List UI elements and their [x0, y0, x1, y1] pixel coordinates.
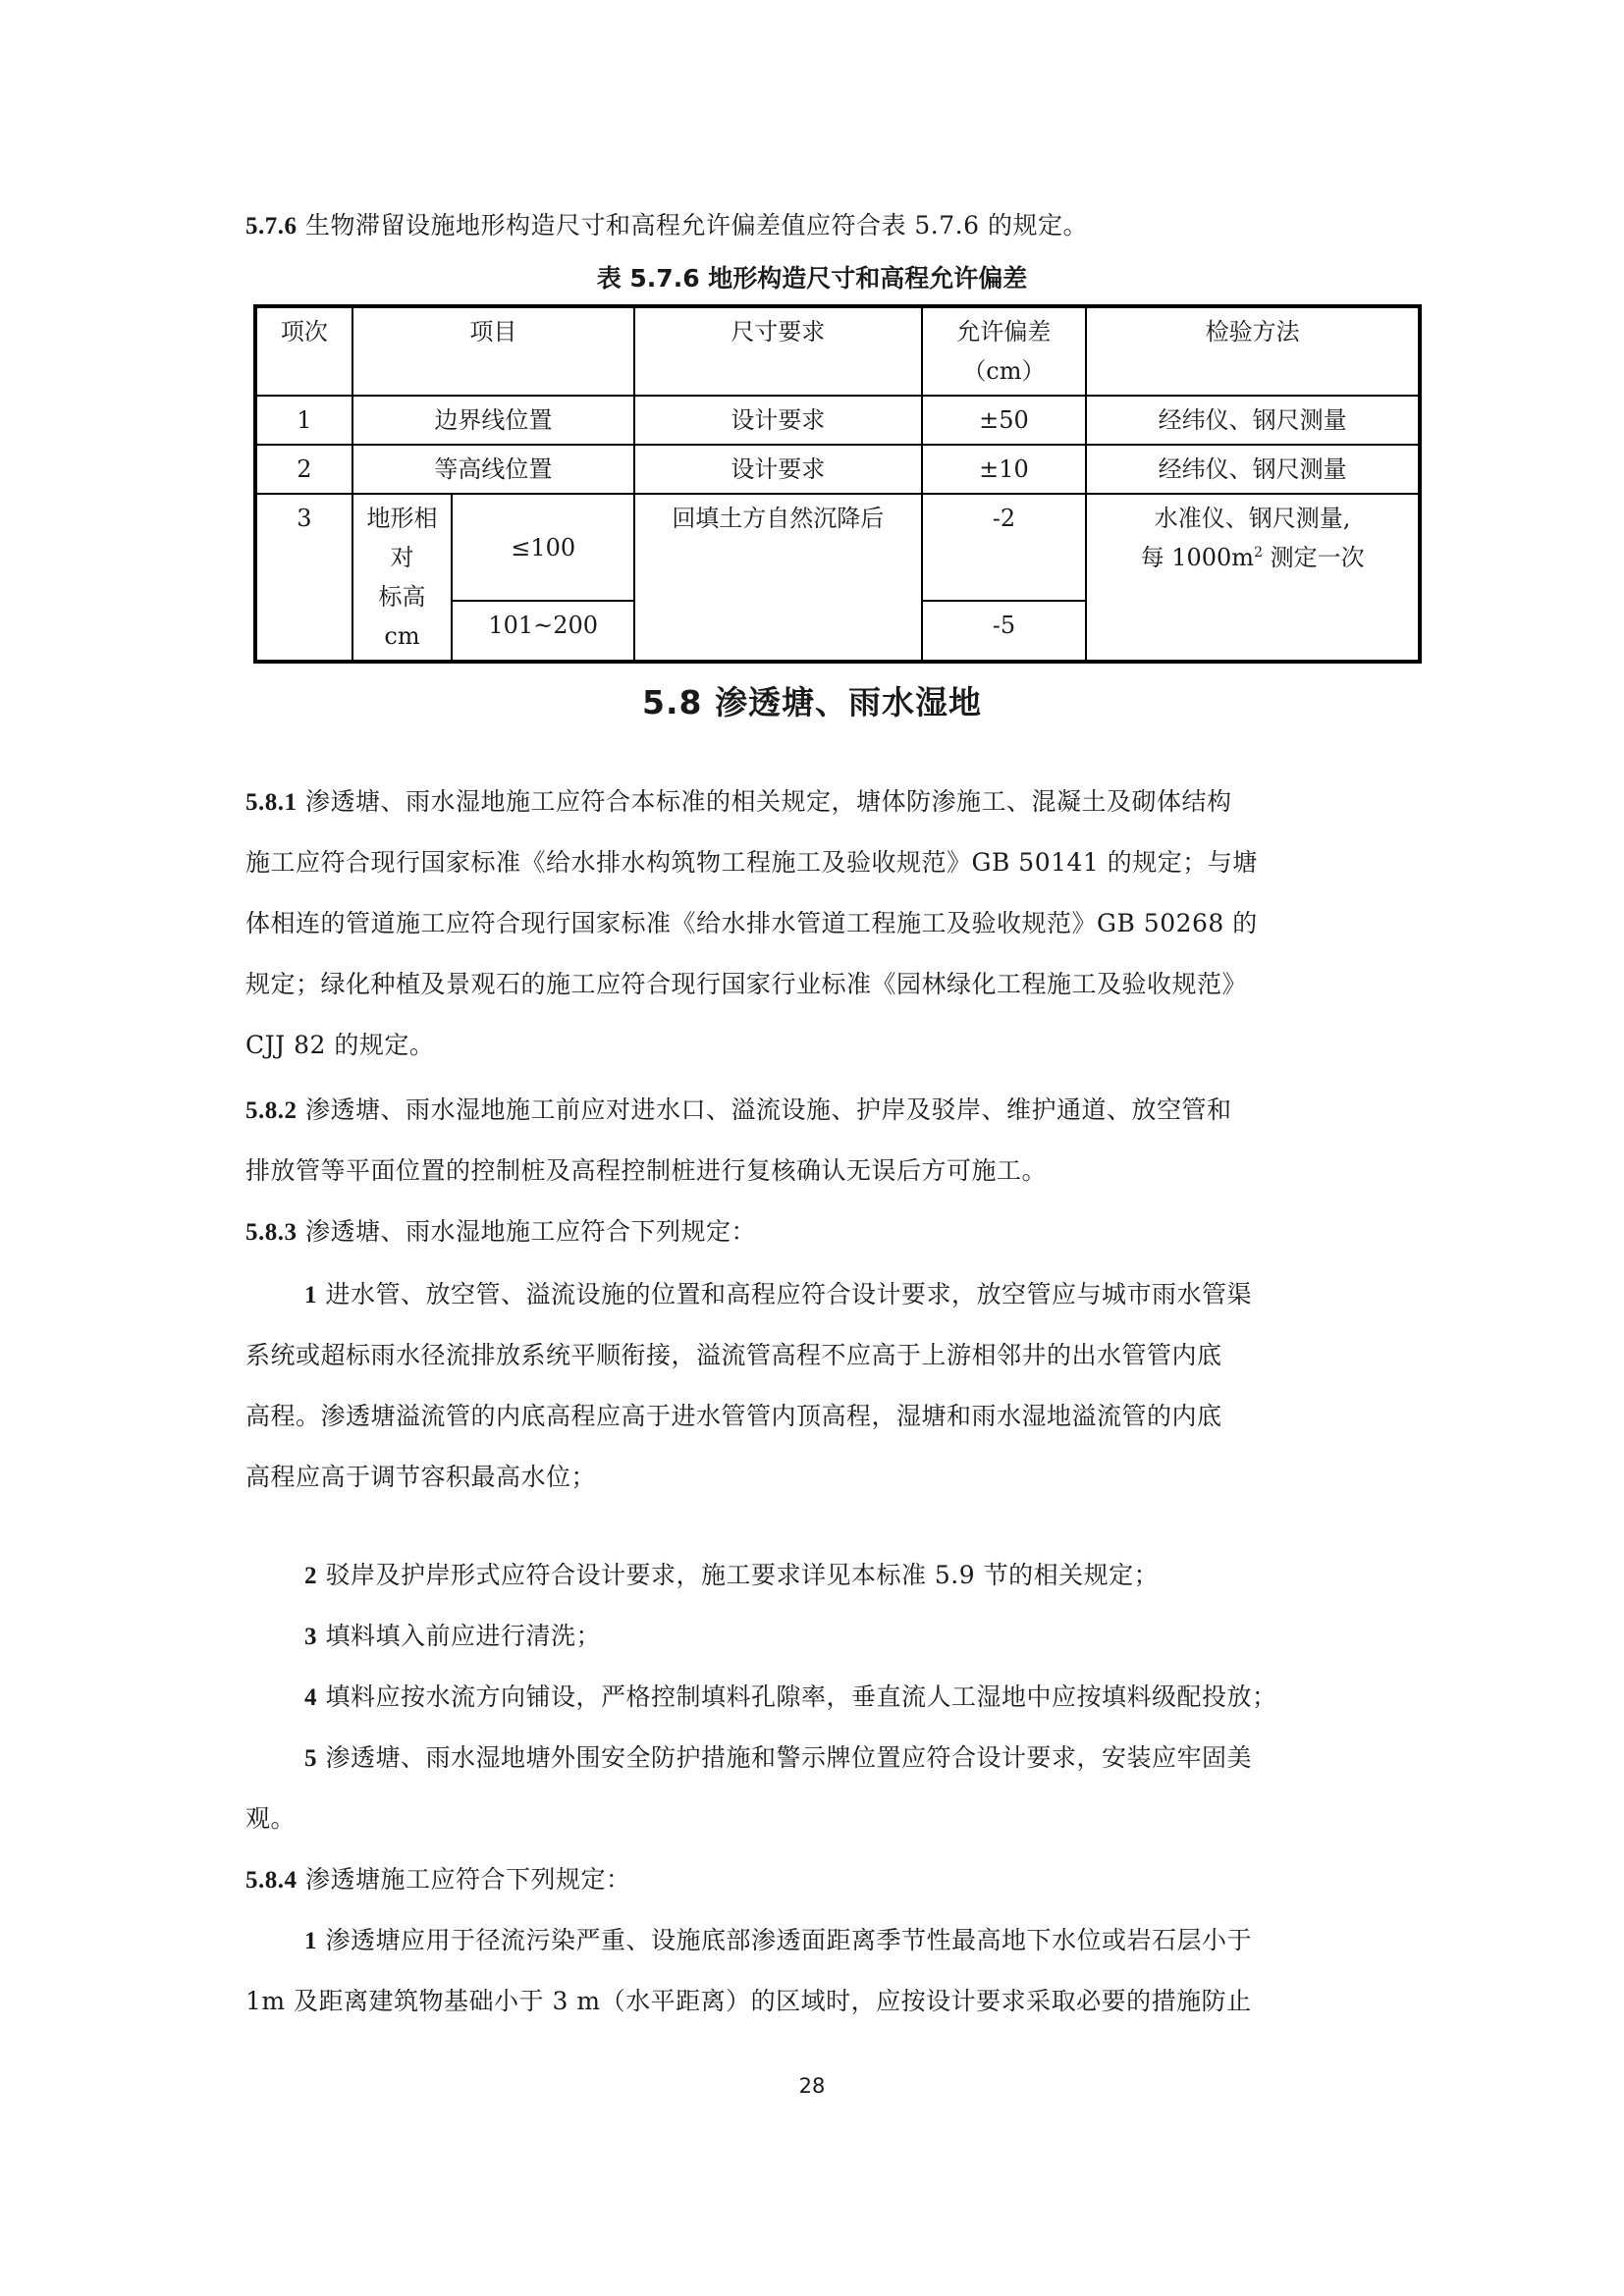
clause-text: 生物滞留设施地形构造尺寸和高程允许偏差值应符合表 5.7.6 的规定。 — [298, 211, 1088, 240]
header-no: 项次 — [255, 306, 352, 396]
table-caption: 表 5.7.6 地形构造尺寸和高程允许偏差 — [0, 259, 1624, 294]
clause-5-8-4: 5.8.4 渗透塘施工应符合下列规定： — [245, 1863, 1424, 1897]
header-method: 检验方法 — [1086, 306, 1420, 396]
table-header-row: 项次 项目 尺寸要求 允许偏差（cm） 检验方法 — [255, 306, 1420, 396]
clause-5-8-3: 5.8.3 渗透塘、雨水湿地施工应符合下列规定： — [245, 1215, 1424, 1250]
clause-5-7-6: 5.7.6 生物滞留设施地形构造尺寸和高程允许偏差值应符合表 5.7.6 的规定… — [245, 209, 1424, 243]
clause-5-8-1: 5.8.1 渗透塘、雨水湿地施工应符合本标准的相关规定，塘体防渗施工、混凝土及砌… — [245, 785, 1424, 820]
table-row: 2 等高线位置 设计要求 ±10 经纬仪、钢尺测量 — [255, 445, 1420, 494]
table-row: 3 地形相对标高 cm ≤100 回填土方自然沉降后 -2 水准仪、钢尺测量,每… — [255, 494, 1420, 601]
tolerance-table: 项次 项目 尺寸要求 允许偏差（cm） 检验方法 1 边界线位置 设计要求 ±5… — [253, 304, 1422, 664]
header-requirement: 尺寸要求 — [634, 306, 922, 396]
list-item: 3 填料填入前应进行清洗； — [304, 1620, 1483, 1654]
list-item: 4 填料应按水流方向铺设，严格控制填料孔隙率，垂直流人工湿地中应按填料级配投放； — [304, 1681, 1483, 1715]
header-item: 项目 — [352, 306, 634, 396]
list-item: 1 进水管、放空管、溢流设施的位置和高程应符合设计要求，放空管应与城市雨水管渠 — [304, 1278, 1483, 1312]
document-page: 5.7.6 生物滞留设施地形构造尺寸和高程允许偏差值应符合表 5.7.6 的规定… — [0, 0, 1624, 2296]
list-item: 1 渗透塘应用于径流污染严重、设施底部渗透面距离季节性最高地下水位或岩石层小于 — [304, 1924, 1483, 1958]
list-item: 5 渗透塘、雨水湿地塘外围安全防护措施和警示牌位置应符合设计要求，安装应牢固美 — [304, 1741, 1483, 1776]
table-row: 1 边界线位置 设计要求 ±50 经纬仪、钢尺测量 — [255, 396, 1420, 445]
clause-number: 5.7.6 — [245, 213, 298, 240]
page-number: 28 — [0, 2074, 1624, 2098]
item-relative-elevation: 地形相对标高 cm — [352, 494, 453, 662]
list-item: 2 驳岸及护岸形式应符合设计要求，施工要求详见本标准 5.9 节的相关规定； — [304, 1559, 1483, 1593]
clause-5-8-2: 5.8.2 渗透塘、雨水湿地施工前应对进水口、溢流设施、护岸及驳岸、维护通道、放… — [245, 1094, 1424, 1128]
method-level: 水准仪、钢尺测量,每 1000m2 测定一次 — [1086, 494, 1420, 662]
section-heading: 5.8 渗透塘、雨水湿地 — [0, 677, 1624, 723]
header-tolerance: 允许偏差（cm） — [922, 306, 1087, 396]
